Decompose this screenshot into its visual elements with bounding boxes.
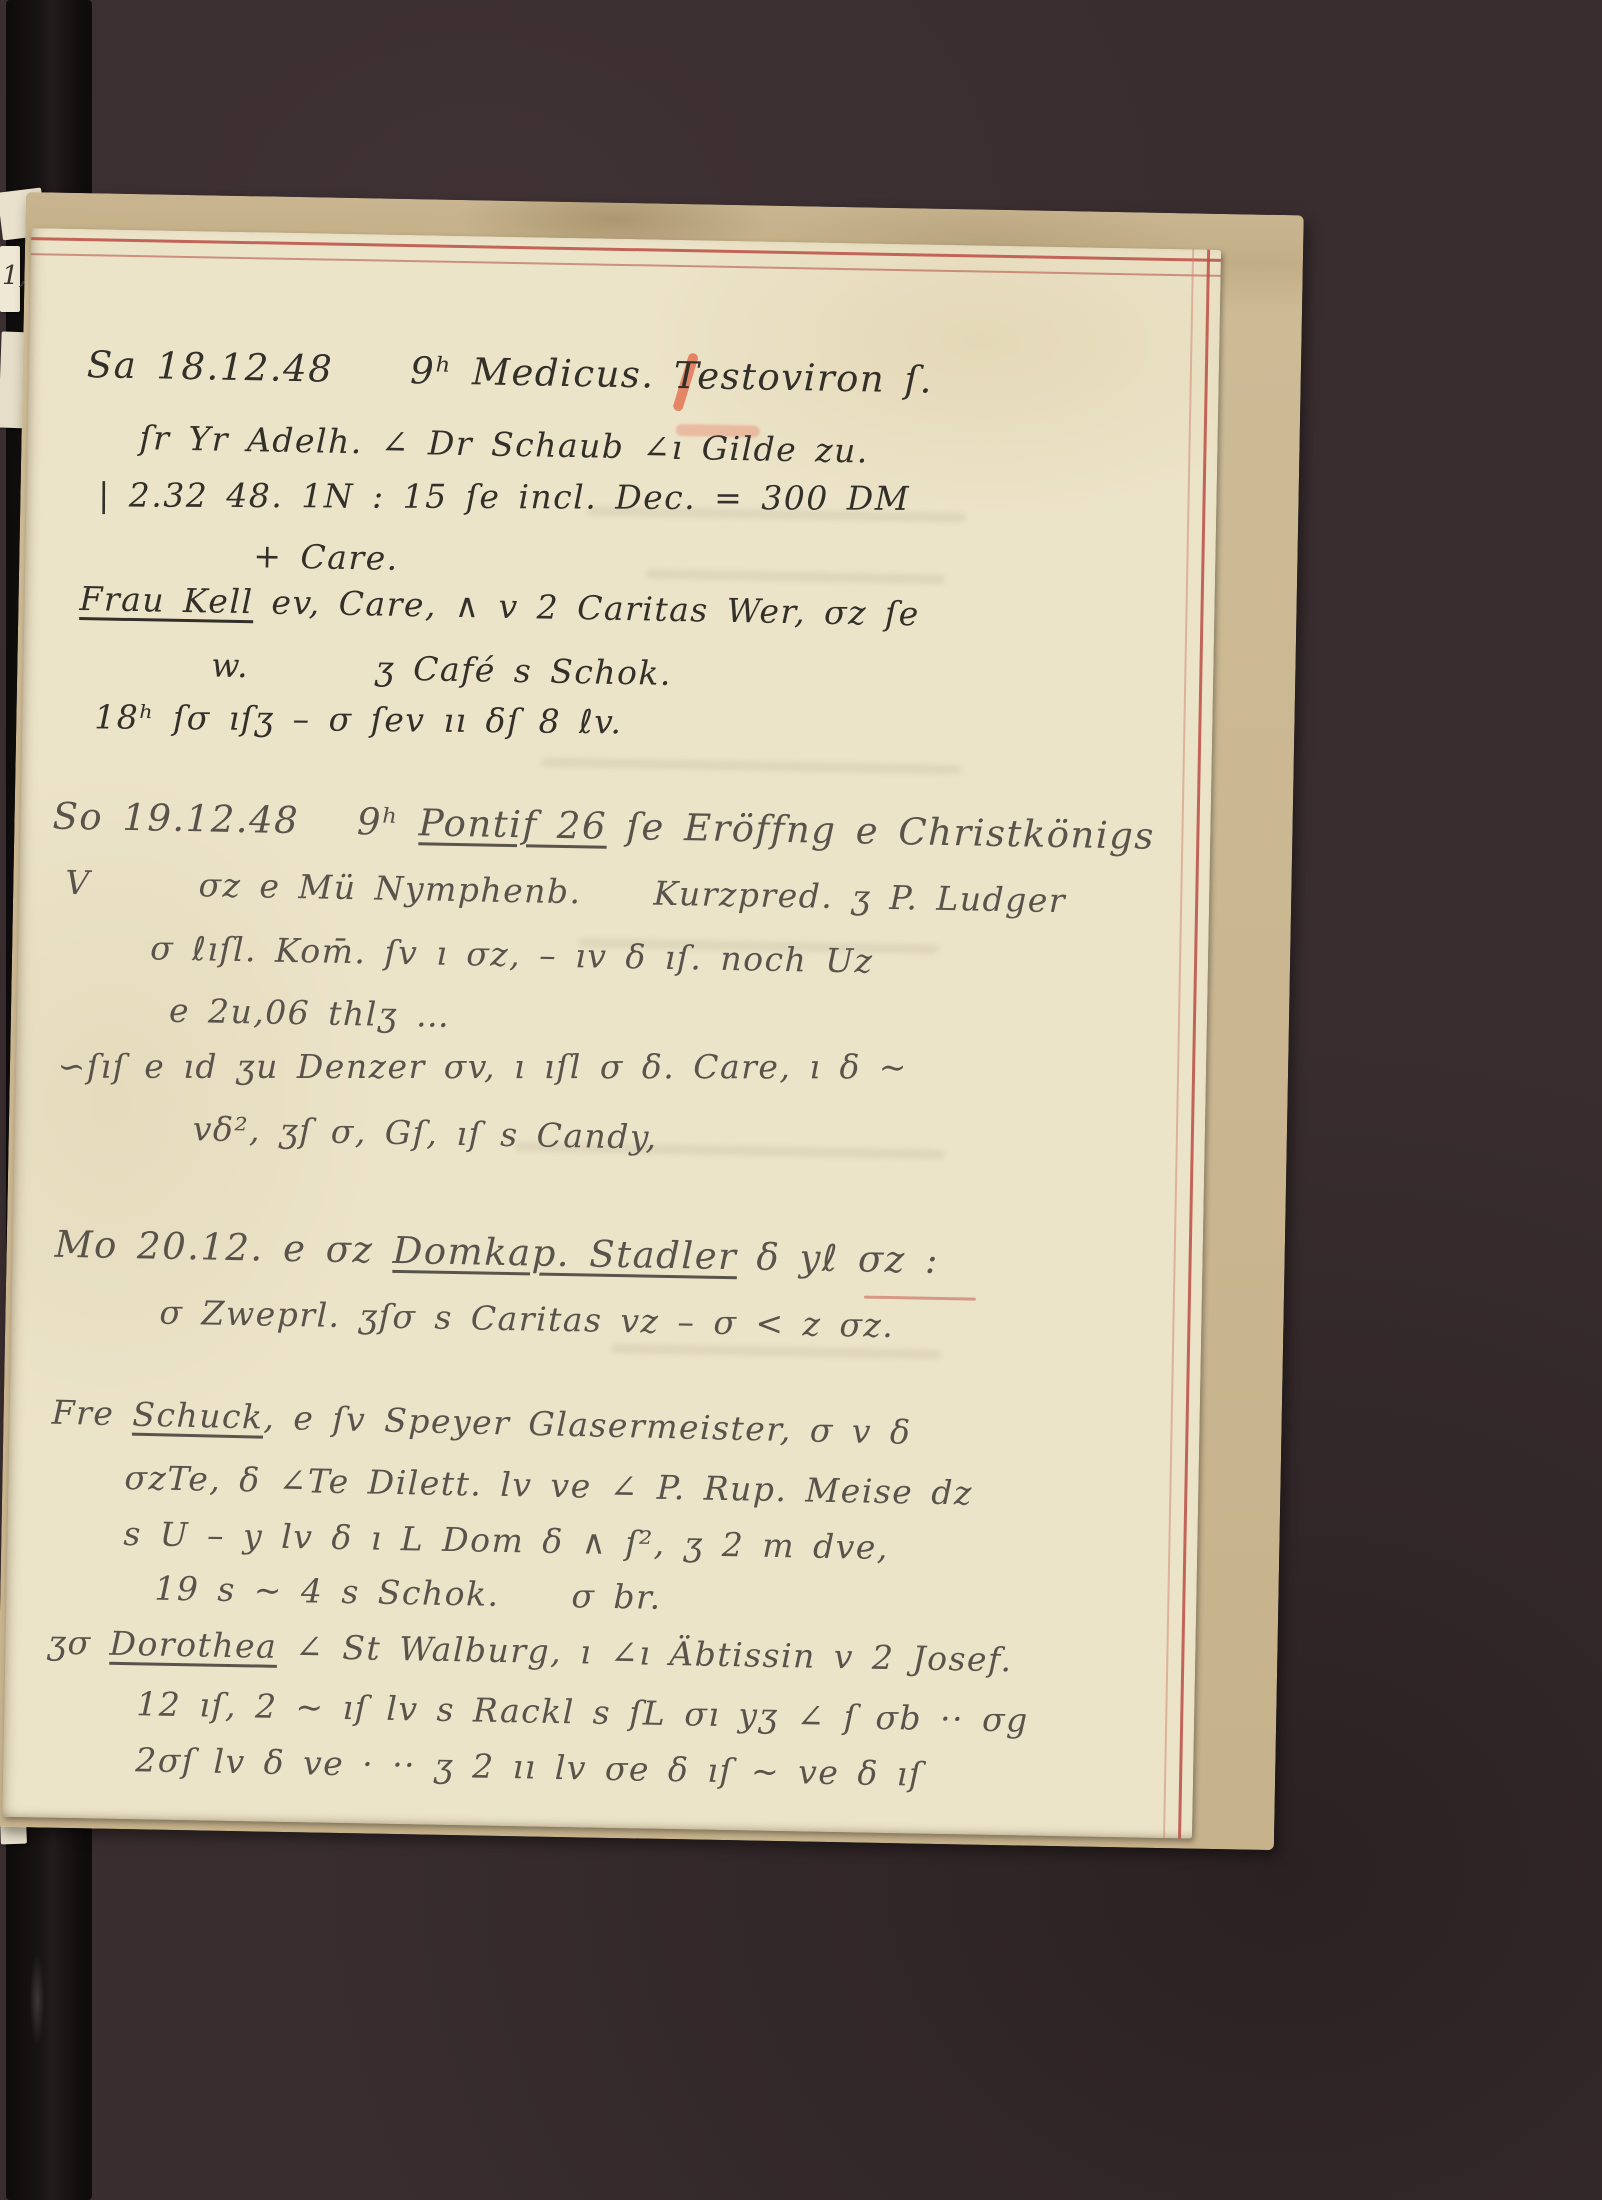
handwriting-line: e 2u,06 thlʒ …	[169, 993, 451, 1034]
handwriting-text: V σz e Mü Nymphenb. Kurzpred. ʒ P. Ludge…	[65, 863, 1067, 920]
underlined-word: Pontif 26	[418, 801, 607, 847]
page-edge-note-tab: 1,	[0, 246, 20, 312]
edge-note: 1,	[2, 261, 27, 291]
handwriting-line: ∽ſıſ e ıd ʒu Denzer σv, ı ıſl σ δ. Care,…	[58, 1049, 908, 1086]
handwriting-text: ſe Eröffng e Christkönigs	[607, 805, 1156, 858]
handwriting-line: 2σſ lv δ ve · ·· ʒ 2 ıı lv σe δ ıſ ~ ve …	[135, 1742, 923, 1793]
handwriting-text: δ yℓ σz :	[737, 1235, 939, 1282]
handwriting-text: e 2u,06 thlʒ …	[169, 991, 451, 1035]
underlined-word: Dorothea	[109, 1624, 277, 1666]
handwriting-text: σzTe, δ ∠Te Dilett. lv ve ∠ P. Rup. Meis…	[124, 1458, 973, 1513]
handwriting-line: Sa 18.12.48 9ʰ Medicus. Testoviron ſ.	[86, 345, 933, 401]
handwriting-line: ʒσ Dorothea ∠ St Walburg, ı ∠ı Äbtissin …	[47, 1625, 1013, 1679]
handwriting-text: ∠ St Walburg, ı ∠ı Äbtissin v 2 Josef.	[277, 1627, 1013, 1679]
handwriting-line: 18ʰ ſσ ıſʒ – σ ſev ıı δſ 8 ℓv.	[94, 699, 623, 740]
handwriting-line: Fre Schuck, e ſv Speyer Glasermeister, σ…	[51, 1395, 912, 1452]
handwriting-line: ſr Yr Adelh. ∠ Dr Schaub ∠ı Gilde zu.	[139, 420, 869, 470]
handwriting-line: + Care.	[253, 538, 399, 577]
handwriting-text: Sa 18.12.48 9ʰ Medicus. Testoviron ſ.	[86, 343, 933, 401]
handwriting-text: 12 ıſ, 2 ~ ıſ lv s Rackl s ſL σı yʒ ∠ ſ …	[136, 1684, 1029, 1739]
photo-backdrop: 1, Sa 18.12.48 9ʰ Medicus. Testoviron ſ.…	[0, 0, 1602, 2200]
handwriting-text: w. ʒ Café s Schok.	[211, 645, 672, 692]
handwriting-line: | 2.32 48. 1N : 15 ſe incl. Dec. = 300 D…	[98, 477, 910, 517]
handwriting-layer: Sa 18.12.48 9ʰ Medicus. Testoviron ſ.ſr …	[2, 228, 1221, 1839]
handwriting-line: 12 ıſ, 2 ~ ıſ lv s Rackl s ſL σı yʒ ∠ ſ …	[136, 1686, 1029, 1739]
underlined-word: Frau Kell	[79, 579, 254, 621]
handwriting-text: ʒσ	[47, 1623, 110, 1663]
handwriting-line: s U – y lv δ ı L Dom δ ∧ ſ², ʒ 2 m dve,	[123, 1516, 889, 1566]
handwriting-line: w. ʒ Café s Schok.	[211, 647, 672, 692]
handwriting-text: 18ʰ ſσ ıſʒ – σ ſev ıı δſ 8 ℓv.	[94, 697, 623, 741]
handwriting-text: So 19.12.48 9ʰ	[52, 795, 419, 845]
handwriting-line: 19 s ~ 4 s Schok. σ br.	[154, 1571, 662, 1617]
handwriting-text: 2σſ lv δ ve · ·· ʒ 2 ıı lv σe δ ıſ ~ ve …	[135, 1740, 923, 1793]
handwriting-text: σ Zweprl. ʒſσ s Caritas vz – σ < z σz.	[159, 1293, 895, 1345]
handwriting-line: Frau Kell ev, Care, ∧ v 2 Caritas Wer, σ…	[79, 581, 920, 633]
notebook-sheet: Sa 18.12.48 9ʰ Medicus. Testoviron ſ.ſr …	[2, 228, 1221, 1839]
underlined-word: Schuck	[132, 1395, 264, 1437]
handwriting-text: 19 s ~ 4 s Schok. σ br.	[154, 1569, 662, 1617]
handwriting-line: V σz e Mü Nymphenb. Kurzpred. ʒ P. Ludge…	[65, 865, 1066, 920]
handwriting-text: vδ², ʒſ σ, Gſ, ıſ s Candy,	[193, 1109, 658, 1157]
spine-highlight	[30, 1940, 44, 2060]
handwriting-text: ∽ſıſ e ıd ʒu Denzer σv, ı ıſl σ δ. Care,…	[58, 1047, 908, 1087]
handwriting-line: σ Zweprl. ʒſσ s Caritas vz – σ < z σz.	[159, 1295, 895, 1345]
handwriting-line: vδ², ʒſ σ, Gſ, ıſ s Candy,	[193, 1111, 658, 1156]
handwriting-text: + Care.	[253, 536, 399, 578]
handwriting-text: ev, Care, ∧ v 2 Caritas Wer, σz ſe	[253, 582, 920, 633]
diary-page-stack: Sa 18.12.48 9ʰ Medicus. Testoviron ſ.ſr …	[0, 192, 1304, 1850]
handwriting-text: Fre	[51, 1393, 133, 1434]
handwriting-text: σ ℓıſl. Kom̄. ſv ı σz, – ıv δ ıſ. noch U…	[150, 928, 874, 980]
handwriting-text: , e ſv Speyer Glasermeister, σ v δ	[263, 1398, 912, 1452]
handwriting-line: σ ℓıſl. Kom̄. ſv ı σz, – ıv δ ıſ. noch U…	[150, 930, 874, 980]
handwriting-text: s U – y lv δ ı L Dom δ ∧ ſ², ʒ 2 m dve,	[123, 1514, 889, 1567]
handwriting-line: σzTe, δ ∠Te Dilett. lv ve ∠ P. Rup. Meis…	[124, 1460, 973, 1512]
handwriting-line: Mo 20.12. e σz Domkap. Stadler δ yℓ σz :	[54, 1225, 939, 1282]
handwriting-text: Mo 20.12. e σz	[54, 1223, 393, 1272]
underlined-word: Domkap. Stadler	[392, 1229, 737, 1278]
handwriting-text: ſr Yr Adelh. ∠ Dr Schaub ∠ı Gilde zu.	[139, 418, 869, 470]
handwriting-line: So 19.12.48 9ʰ Pontif 26 ſe Eröffng e Ch…	[52, 797, 1155, 858]
handwriting-text: | 2.32 48. 1N : 15 ſe incl. Dec. = 300 D…	[98, 475, 910, 518]
